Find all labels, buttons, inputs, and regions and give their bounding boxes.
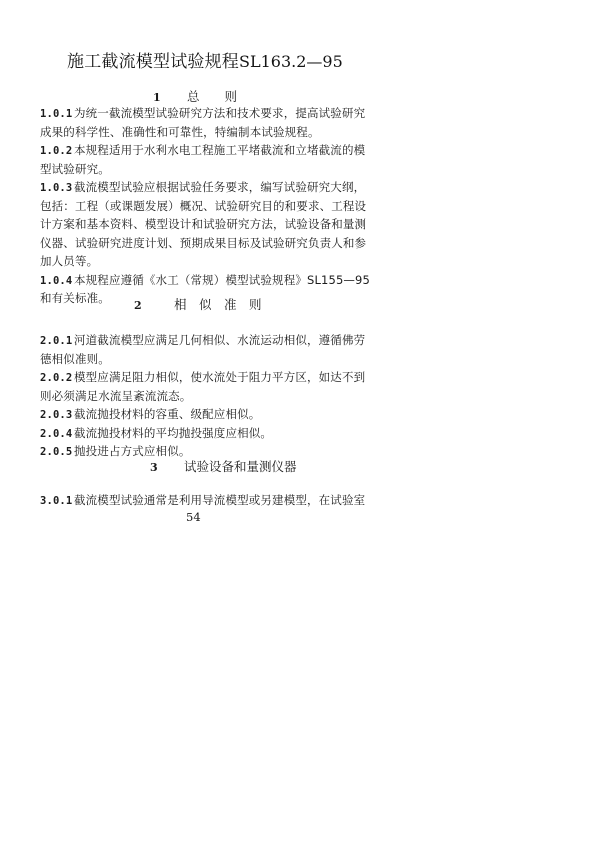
line-text: 抛投进占方式应相似。 <box>74 444 191 458</box>
paragraph-line: 则必须满足水流呈紊流流态。 <box>40 388 191 404</box>
line-text: 仪器、试验研究进度计划、预期成果目标及试验研究负责人和参 <box>40 236 366 250</box>
paragraph-line: 计方案和基本资料、模型设计和试验研究方法，试验设备和量测 <box>40 216 366 232</box>
clause-number: 3.0.1 <box>40 493 74 509</box>
line-text: 成果的科学性、准确性和可靠性，特编制本试验规程。 <box>40 125 320 139</box>
paragraph-line: 1.0.2本规程适用于水利水电工程施工平堵截流和立堵截流的模 <box>40 142 365 158</box>
section-number: 2 <box>134 298 174 314</box>
paragraph-line: 1.0.4本规程应遵循《水工（常规）模型试验规程》SL155—95 <box>40 272 370 288</box>
page-number: 54 <box>186 509 201 525</box>
clause-number: 2.0.2 <box>40 370 74 386</box>
line-text: 德相似准则。 <box>40 352 110 366</box>
clause-number: 1.0.4 <box>40 273 74 289</box>
clause-number: 1.0.1 <box>40 106 74 122</box>
clause-number: 1.0.3 <box>40 180 74 196</box>
paragraph-line: 2.0.3截流抛投材料的容重、级配应相似。 <box>40 406 260 422</box>
paragraph-line: 2.0.5抛投进占方式应相似。 <box>40 443 191 459</box>
line-text: 河道截流模型应满足几何相似、水流运动相似，遵循佛劳 <box>74 333 365 347</box>
document-page: 施工截流模型试验规程SL163.2—95 1总 则 1.0.1为统一截流模型试验… <box>0 0 600 849</box>
line-text: 则必须满足水流呈紊流流态。 <box>40 389 191 403</box>
line-text: 为统一截流模型试验研究方法和技术要求，提高试验研究 <box>74 106 365 120</box>
clause-number: 2.0.3 <box>40 407 74 423</box>
line-text: 模型应满足阻力相似，使水流处于阻力平方区，如达不到 <box>74 370 365 384</box>
line-text: 加人员等。 <box>40 254 98 268</box>
line-text: 计方案和基本资料、模型设计和试验研究方法，试验设备和量测 <box>40 217 366 231</box>
line-text: 截流抛投材料的平均抛投强度应相似。 <box>74 426 272 440</box>
line-text: 和有关标准。 <box>40 291 110 305</box>
paragraph-line: 1.0.1为统一截流模型试验研究方法和技术要求，提高试验研究 <box>40 105 365 121</box>
clause-number: 2.0.5 <box>40 444 74 460</box>
document-title: 施工截流模型试验规程SL163.2—95 <box>67 51 343 73</box>
line-text: 截流抛投材料的容重、级配应相似。 <box>74 407 260 421</box>
paragraph-line: 1.0.3截流模型试验应根据试验任务要求，编写试验研究大纲， <box>40 179 365 195</box>
line-text: 包括：工程（或课题发展）概况、试验研究目的和要求、工程设 <box>40 199 366 213</box>
paragraph-line: 2.0.1河道截流模型应满足几何相似、水流运动相似，遵循佛劳 <box>40 332 365 348</box>
line-text: 本规程适用于水利水电工程施工平堵截流和立堵截流的模 <box>74 143 365 157</box>
paragraph-line: 和有关标准。 <box>40 290 110 306</box>
clause-number: 2.0.4 <box>40 426 74 442</box>
paragraph-line: 成果的科学性、准确性和可靠性，特编制本试验规程。 <box>40 124 320 140</box>
paragraph-line: 仪器、试验研究进度计划、预期成果目标及试验研究负责人和参 <box>40 235 366 251</box>
line-text: 截流模型试验应根据试验任务要求，编写试验研究大纲， <box>74 180 365 194</box>
paragraph-line: 2.0.2模型应满足阻力相似，使水流处于阻力平方区，如达不到 <box>40 369 365 385</box>
standard-code: SL163.2—95 <box>239 52 343 71</box>
section-title: 试验设备和量测仪器 <box>184 459 297 474</box>
clause-number: 2.0.1 <box>40 333 74 349</box>
paragraph-line: 包括：工程（或课题发展）概况、试验研究目的和要求、工程设 <box>40 198 366 214</box>
section-title: 相 似 准 则 <box>174 297 262 312</box>
section-number: 3 <box>150 460 184 476</box>
line-text: 截流模型试验通常是利用导流模型或另建模型，在试验室 <box>74 493 365 507</box>
line-text: 型试验研究。 <box>40 162 110 176</box>
paragraph-line: 加人员等。 <box>40 253 98 269</box>
section-title: 总 则 <box>187 89 237 104</box>
section-1-heading: 1总 则 <box>153 89 237 106</box>
title-text: 施工截流模型试验规程 <box>67 52 239 72</box>
paragraph-line: 3.0.1截流模型试验通常是利用导流模型或另建模型，在试验室 <box>40 492 365 508</box>
section-number: 1 <box>153 90 187 106</box>
section-2-heading: 2相 似 准 则 <box>134 297 262 314</box>
paragraph-line: 型试验研究。 <box>40 161 110 177</box>
clause-number: 1.0.2 <box>40 143 74 159</box>
section-3-heading: 3试验设备和量测仪器 <box>150 459 297 476</box>
paragraph-line: 德相似准则。 <box>40 351 110 367</box>
paragraph-line: 2.0.4截流抛投材料的平均抛投强度应相似。 <box>40 425 272 441</box>
line-text: 本规程应遵循《水工（常规）模型试验规程》SL155—95 <box>74 273 370 287</box>
